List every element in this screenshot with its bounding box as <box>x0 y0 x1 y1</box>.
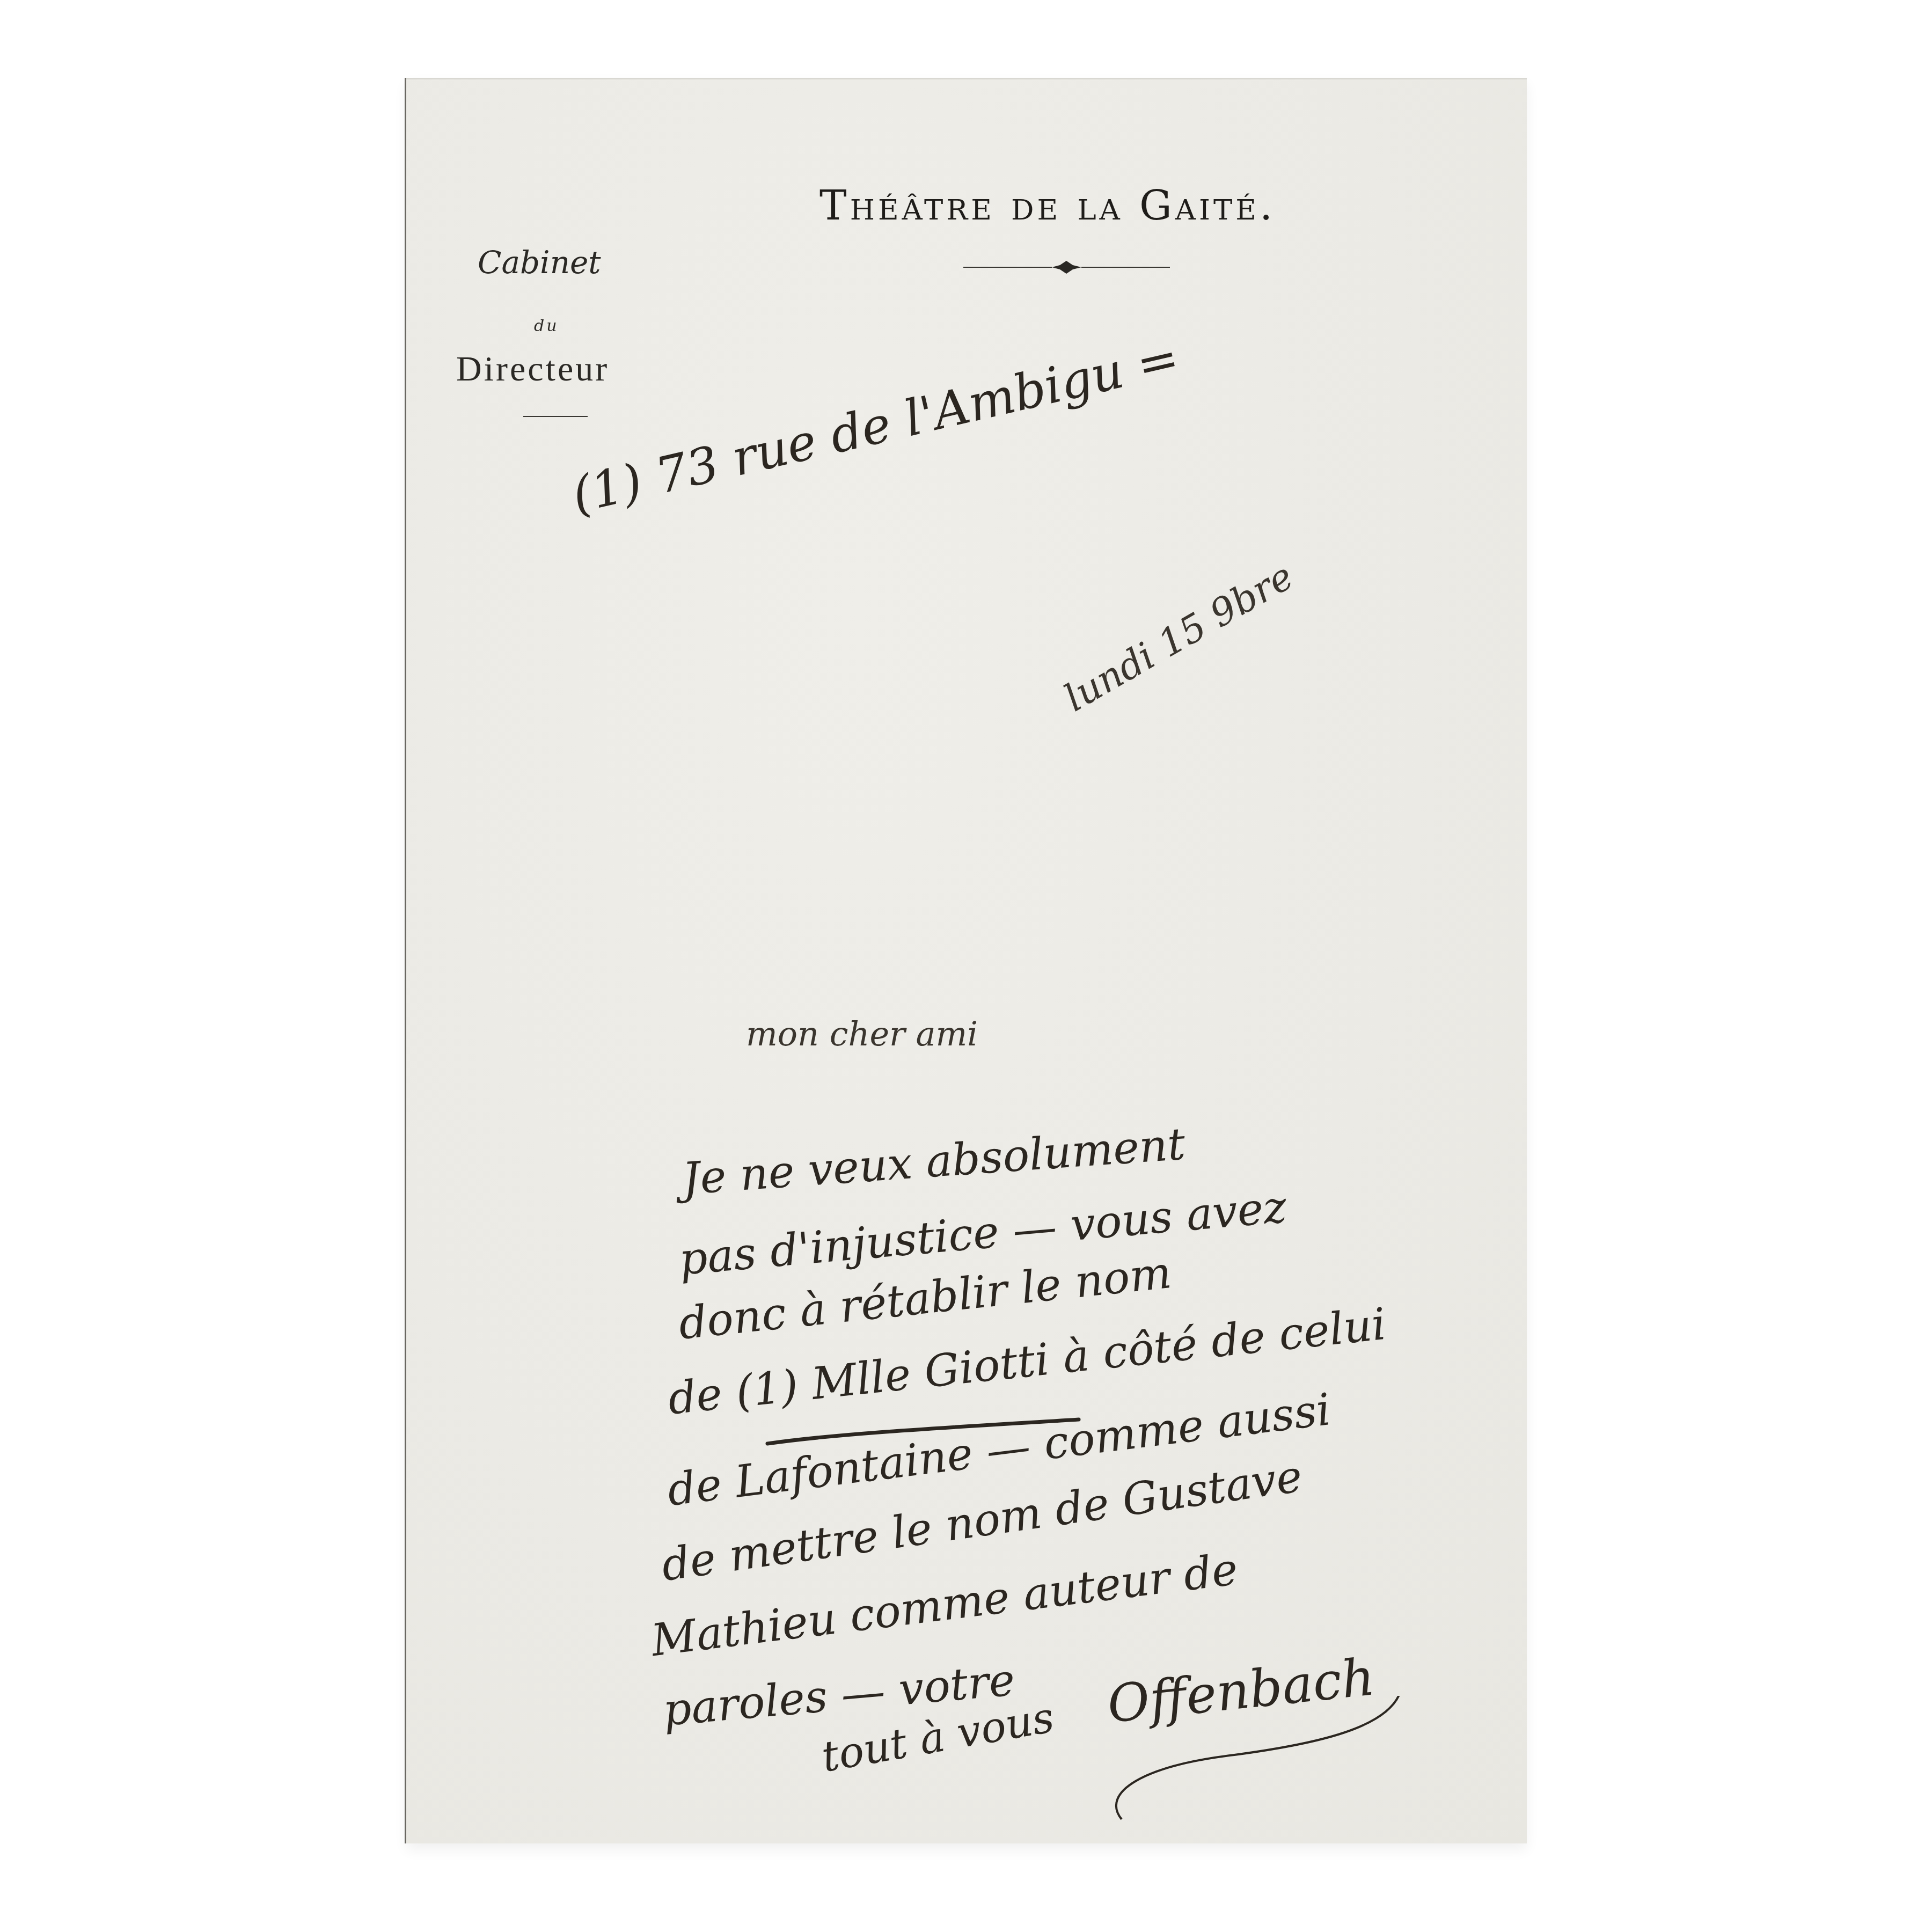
ornament-rule-icon <box>963 261 1170 274</box>
office-line-directeur: Directeur <box>456 349 609 390</box>
office-rule <box>523 416 588 417</box>
signature-flourish <box>1100 1696 1422 1825</box>
office-line-du: du <box>534 317 559 335</box>
letterhead-title: Théâtre de la Gaité. <box>819 181 1276 229</box>
salutation: mon cher ami <box>746 1014 978 1053</box>
office-line-cabinet: Cabinet <box>478 244 601 281</box>
